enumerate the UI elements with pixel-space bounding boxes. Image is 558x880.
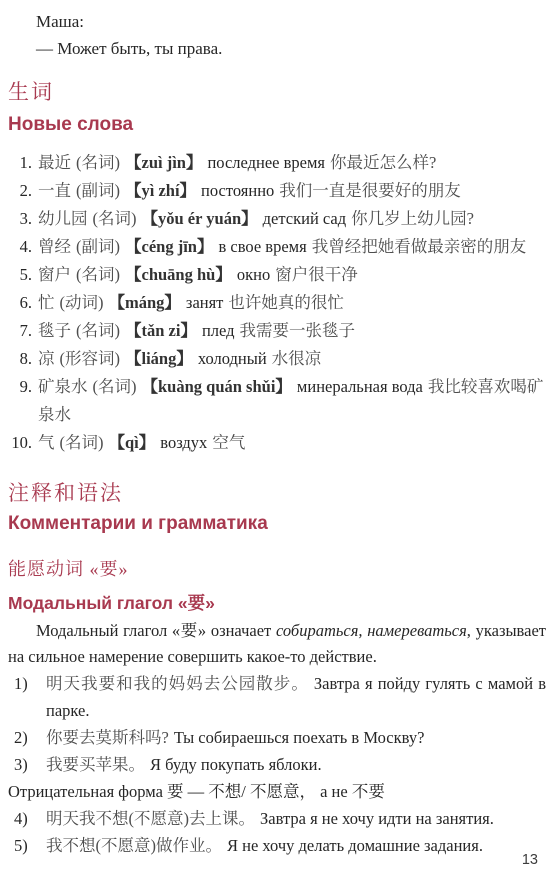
vocab-item-number: 4.: [8, 233, 32, 261]
vocab-item-content: 曾经(副词)【céng jīn】в свое время我曾经把她看做最亲密的朋…: [38, 233, 546, 261]
grammar-example: 4) 明天我不想(不愿意)去上课。Завтра я не хочу идти н…: [14, 805, 546, 832]
vocab-item: 5. 窗户(名词)【chuāng hù】окно窗户很干净: [8, 261, 546, 289]
example-chinese: 明天我不想(不愿意)去上课。: [46, 809, 255, 828]
vocab-item: 2. 一直(副词)【yì zhí】постоянно我们一直是很要好的朋友: [8, 177, 546, 205]
vocab-word: 气: [38, 433, 55, 452]
vocab-pinyin: 【céng jīn】: [125, 237, 213, 256]
vocab-example: 也许她真的很忙: [228, 293, 344, 312]
example-russian: Ты собираешься поехать в Москву?: [174, 728, 425, 747]
vocab-word: 窗户: [38, 265, 71, 284]
vocab-word: 幼儿园: [38, 209, 88, 228]
vocab-pinyin: 【yì zhí】: [125, 181, 196, 200]
example-russian: Завтра я не хочу идти на занятия.: [260, 809, 494, 828]
vocab-item-number: 7.: [8, 317, 32, 345]
vocab-pinyin: 【máng】: [109, 293, 181, 312]
grammar-title-russian: Комментарии и грамматика: [8, 513, 546, 535]
vocab-pos: (名词): [76, 153, 120, 172]
vocab-item-content: 窗户(名词)【chuāng hù】окно窗户很干净: [38, 261, 546, 289]
vocab-item-number: 8.: [8, 345, 32, 373]
grammar-example: 1) 明天我要和我的妈妈去公园散步。Завтра я пойду гулять …: [14, 670, 546, 724]
vocab-pinyin: 【qì】: [109, 433, 156, 452]
vocab-item: 10. 气(名词)【qì】воздух空气: [8, 429, 546, 457]
example-content: 明天我不想(不愿意)去上课。Завтра я не хочу идти на з…: [46, 805, 546, 832]
grammar-example: 2) 你要去莫斯科吗?Ты собираешься поехать в Моск…: [14, 724, 546, 751]
vocab-translation: детский сад: [263, 209, 347, 228]
example-russian: Я не хочу делать домашние задания.: [227, 836, 483, 855]
vocab-word: 忙: [38, 293, 55, 312]
vocab-translation: плед: [202, 321, 235, 340]
vocab-pinyin: 【tǎn zi】: [125, 321, 197, 340]
vocab-pos: (名词): [76, 321, 120, 340]
vocab-example: 你几岁上幼儿园?: [351, 209, 474, 228]
vocab-item-number: 1.: [8, 149, 32, 177]
vocab-item-content: 毯子(名词)【tǎn zi】плед我需要一张毯子: [38, 317, 546, 345]
vocab-translation: воздух: [160, 433, 207, 452]
vocab-item-number: 10.: [8, 429, 32, 457]
vocab-translation: холодный: [198, 349, 267, 368]
vocab-item-number: 9.: [8, 373, 32, 429]
example-russian: Я буду покупать яблоки.: [150, 755, 322, 774]
vocab-pinyin: 【liáng】: [125, 349, 193, 368]
grammar-example-list: 1) 明天我要和我的妈妈去公园散步。Завтра я пойду гулять …: [8, 670, 546, 778]
vocab-pos: (名词): [93, 209, 137, 228]
grammar-example: 5) 我不想(不愿意)做作业。Я не хочу делать домашние…: [14, 832, 546, 859]
vocab-item: 4. 曾经(副词)【céng jīn】в свое время我曾经把她看做最亲…: [8, 233, 546, 261]
vocab-pos: (名词): [60, 433, 104, 452]
vocab-pinyin: 【zuì jìn】: [125, 153, 202, 172]
example-chinese: 明天我要和我的妈妈去公园散步。: [46, 674, 309, 693]
vocab-pinyin: 【yǒu ér yuán】: [142, 209, 258, 228]
vocab-example: 我们一直是很要好的朋友: [279, 181, 461, 200]
vocab-item-content: 矿泉水(名词)【kuàng quán shǔi】минеральная вода…: [38, 373, 546, 429]
vocab-item-content: 最近(名词)【zuì jìn】последнее время你最近怎么样?: [38, 149, 546, 177]
vocab-title-russian: Новые слова: [8, 114, 546, 136]
vocab-item: 3. 幼儿园(名词)【yǒu ér yuán】детский сад你几岁上幼儿…: [8, 205, 546, 233]
example-number: 3): [14, 751, 38, 778]
grammar-title-chinese: 注释和语法: [8, 481, 546, 505]
negative-form-note: Отрицательная форма 要 — 不想/ 不愿意， а не 不要: [8, 778, 546, 805]
textbook-page: Маша: — Может быть, ты права. 生词 Новые с…: [0, 0, 558, 880]
vocab-translation: в свое время: [218, 237, 306, 256]
vocab-pos: (名词): [76, 265, 120, 284]
example-number: 2): [14, 724, 38, 751]
grammar-subtitle-chinese: 能愿动词 «要»: [8, 557, 546, 581]
vocab-example: 窗户很干净: [275, 265, 358, 284]
dialog-line: — Может быть, ты права.: [36, 35, 546, 62]
vocab-word: 毯子: [38, 321, 71, 340]
vocab-pos: (形容词): [60, 349, 121, 368]
vocab-item-number: 2.: [8, 177, 32, 205]
vocab-translation: занят: [186, 293, 223, 312]
vocab-item: 8. 凉(形容词)【liáng】холодный水很凉: [8, 345, 546, 373]
vocab-translation: минеральная вода: [297, 377, 423, 396]
vocab-word: 一直: [38, 181, 71, 200]
vocab-example: 我需要一张毯子: [240, 321, 356, 340]
vocab-word: 最近: [38, 153, 71, 172]
example-number: 1): [14, 670, 38, 724]
vocab-example: 水很凉: [272, 349, 322, 368]
example-chinese: 你要去莫斯科吗?: [46, 728, 169, 747]
vocab-word: 曾经: [38, 237, 71, 256]
example-content: 我不想(不愿意)做作业。Я не хочу делать домашние за…: [46, 832, 546, 859]
grammar-subtitle-russian: Модальный глагол «要»: [8, 593, 546, 614]
vocab-item-content: 气(名词)【qì】воздух空气: [38, 429, 546, 457]
vocab-pos: (名词): [93, 377, 137, 396]
vocab-translation: окно: [237, 265, 270, 284]
vocab-item: 6. 忙(动词)【máng】занят也许她真的很忙: [8, 289, 546, 317]
vocab-item-content: 忙(动词)【máng】занят也许她真的很忙: [38, 289, 546, 317]
intro-italic-terms: собираться, намереваться: [276, 621, 467, 640]
example-number: 5): [14, 832, 38, 859]
vocab-translation: постоянно: [201, 181, 274, 200]
example-chinese: 我要买苹果。: [46, 755, 145, 774]
vocab-example: 你最近怎么样?: [330, 153, 436, 172]
grammar-example: 3) 我要买苹果。Я буду покупать яблоки.: [14, 751, 546, 778]
vocab-pos: (副词): [76, 237, 120, 256]
grammar-negative-example-list: 4) 明天我不想(不愿意)去上课。Завтра я не хочу идти н…: [8, 805, 546, 859]
vocab-word: 凉: [38, 349, 55, 368]
vocab-item-number: 3.: [8, 205, 32, 233]
dialog-block: Маша: — Может быть, ты права.: [36, 8, 546, 62]
vocab-item-content: 一直(副词)【yì zhí】постоянно我们一直是很要好的朋友: [38, 177, 546, 205]
example-number: 4): [14, 805, 38, 832]
example-content: 明天我要和我的妈妈去公园散步。Завтра я пойду гулять с м…: [46, 670, 546, 724]
vocab-pinyin: 【kuàng quán shǔi】: [142, 377, 292, 396]
example-content: 我要买苹果。Я буду покупать яблоки.: [46, 751, 546, 778]
vocab-item-content: 凉(形容词)【liáng】холодный水很凉: [38, 345, 546, 373]
vocab-translation: последнее время: [207, 153, 325, 172]
vocab-item: 1. 最近(名词)【zuì jìn】последнее время你最近怎么样?: [8, 149, 546, 177]
vocab-word: 矿泉水: [38, 377, 88, 396]
vocab-item: 7. 毯子(名词)【tǎn zi】плед我需要一张毯子: [8, 317, 546, 345]
example-content: 你要去莫斯科吗?Ты собираешься поехать в Москву?: [46, 724, 546, 751]
vocab-pos: (动词): [60, 293, 104, 312]
vocab-example: 空气: [212, 433, 245, 452]
vocab-item-number: 6.: [8, 289, 32, 317]
vocab-item: 9. 矿泉水(名词)【kuàng quán shǔi】минеральная в…: [8, 373, 546, 429]
vocab-item-content: 幼儿园(名词)【yǒu ér yuán】детский сад你几岁上幼儿园?: [38, 205, 546, 233]
vocab-title-chinese: 生词: [8, 80, 546, 104]
vocab-item-number: 5.: [8, 261, 32, 289]
vocab-pinyin: 【chuāng hù】: [125, 265, 232, 284]
page-number: 13: [522, 852, 538, 868]
example-chinese: 我不想(不愿意)做作业。: [46, 836, 222, 855]
vocab-example: 我曾经把她看做最亲密的朋友: [312, 237, 527, 256]
dialog-speaker: Маша:: [36, 8, 546, 35]
vocab-list: 1. 最近(名词)【zuì jìn】последнее время你最近怎么样?…: [8, 149, 546, 457]
intro-prefix: Модальный глагол «要» означает: [36, 621, 276, 640]
grammar-intro-paragraph: Модальный глагол «要» означает собираться…: [8, 618, 546, 670]
vocab-pos: (副词): [76, 181, 120, 200]
